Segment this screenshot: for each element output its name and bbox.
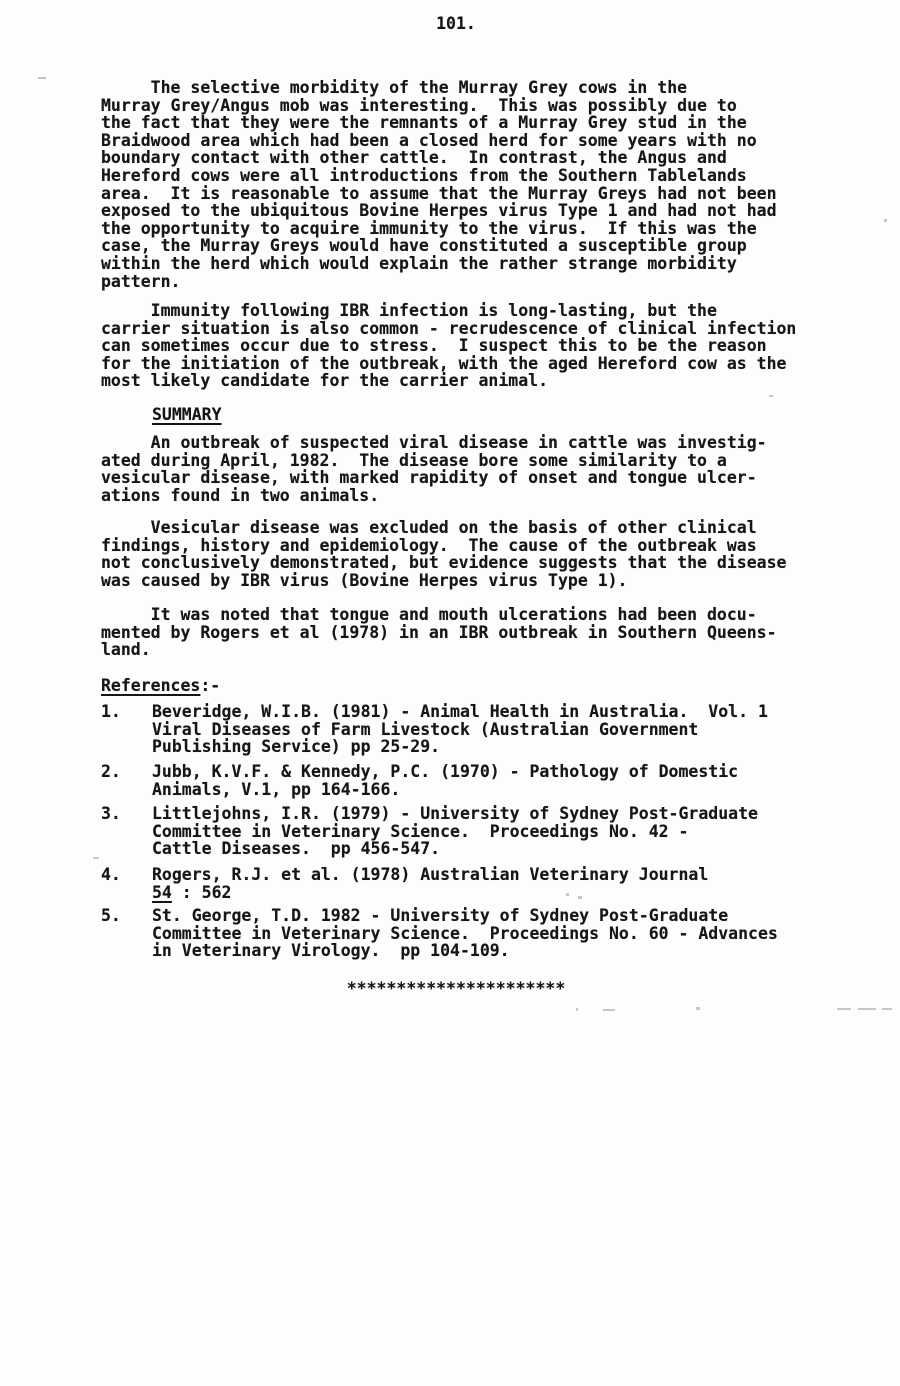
body-paragraph-1: The selective morbidity of the Murray Gr… xyxy=(101,79,841,290)
page-number: 101. xyxy=(101,15,811,33)
scan-speck xyxy=(578,896,582,899)
reference-volume-rest: : 562 xyxy=(172,883,232,902)
scan-speck xyxy=(38,77,46,79)
reference-item: 5.St. George, T.D. 1982 - University of … xyxy=(101,907,841,960)
references-heading: References:- xyxy=(101,677,841,695)
reference-number: 2. xyxy=(101,763,152,781)
reference-item: 4.Rogers, R.J. et al. (1978) Australian … xyxy=(101,866,841,901)
scan-speck xyxy=(566,893,569,896)
scan-speck xyxy=(882,1008,892,1010)
reference-text: Rogers, R.J. et al. (1978) Australian Ve… xyxy=(152,866,841,901)
scan-speck xyxy=(837,1008,851,1010)
body-paragraph-5: It was noted that tongue and mouth ulcer… xyxy=(101,606,841,659)
scan-speck xyxy=(884,219,887,222)
scan-speck xyxy=(858,1008,876,1010)
scan-speck xyxy=(696,1007,700,1010)
body-paragraph-2: Immunity following IBR infection is long… xyxy=(101,302,841,390)
reference-text: Jubb, K.V.F. & Kennedy, P.C. (1970) - Pa… xyxy=(152,763,841,798)
scan-speck xyxy=(769,395,773,397)
references-heading-text: References xyxy=(101,676,200,695)
body-paragraph-4: Vesicular disease was excluded on the ba… xyxy=(101,519,841,589)
summary-heading-text: SUMMARY xyxy=(152,405,222,424)
reference-number: 1. xyxy=(101,703,152,721)
reference-item: 1.Beveridge, W.I.B. (1981) - Animal Heal… xyxy=(101,703,841,756)
reference-volume: 54 xyxy=(152,883,172,902)
reference-text: St. George, T.D. 1982 - University of Sy… xyxy=(152,907,841,960)
reference-item: 2.Jubb, K.V.F. & Kennedy, P.C. (1970) - … xyxy=(101,763,841,798)
footer-separator: ********************** xyxy=(101,980,811,998)
document-page: 101. The selective morbidity of the Murr… xyxy=(0,0,900,1386)
reference-line: Rogers, R.J. et al. (1978) Australian Ve… xyxy=(152,865,708,884)
summary-heading: SUMMARY xyxy=(152,406,752,424)
reference-number: 5. xyxy=(101,907,152,925)
reference-text: Beveridge, W.I.B. (1981) - Animal Health… xyxy=(152,703,841,756)
reference-number: 4. xyxy=(101,866,152,884)
scan-speck xyxy=(603,1009,615,1011)
references-heading-suffix: :- xyxy=(200,676,220,695)
scan-speck xyxy=(93,857,99,859)
scan-speck xyxy=(576,1008,578,1011)
reference-text: Littlejohns, I.R. (1979) - University of… xyxy=(152,805,841,858)
reference-item: 3.Littlejohns, I.R. (1979) - University … xyxy=(101,805,841,858)
reference-number: 3. xyxy=(101,805,152,823)
body-paragraph-3: An outbreak of suspected viral disease i… xyxy=(101,434,841,504)
